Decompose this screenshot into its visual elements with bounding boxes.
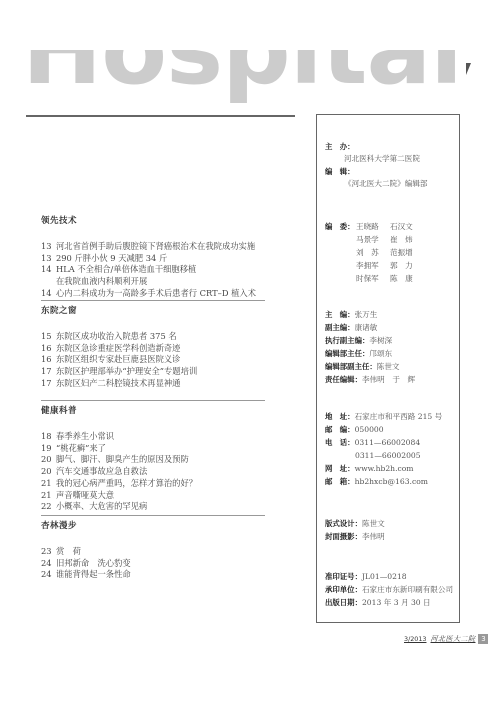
colophon-value: 河北医科大学第二医院 [344, 154, 420, 163]
editor-label: 编 辑： [325, 166, 355, 177]
toc-page-number: 15 [41, 331, 56, 343]
colophon-label: 地 址： [325, 412, 355, 421]
page-number: 3 [478, 634, 488, 644]
print-row: 承印单位：石家庄市东新印刷有限公司 [325, 584, 453, 595]
toc-entry[interactable]: 24谁能背得起一条性命 [41, 569, 271, 581]
toc-entry-title: 我的冠心病严重吗，怎样才算治的好？ [56, 478, 271, 490]
toc-section: 杏林漫步23赏 荷24旧邦新命 洗心豹变24谁能背得起一条性命 [41, 515, 271, 581]
board-member: 陈 康 [390, 273, 413, 284]
toc-entry-title: 东院区急诊重症医学科创造新奇迹 [56, 343, 271, 355]
toc-entry-title: “桃花癣”来了 [56, 443, 271, 455]
colophon-label: 网 址： [325, 464, 355, 473]
toc-entry-title: 东院区成功收治入院患者 375 名 [56, 331, 271, 343]
toc-entry-title: HLA 不全相合/单倍体造血干细胞移植 [56, 264, 271, 276]
toc-entry-title: 在我院血液内科顺利开展 [56, 276, 271, 288]
toc-page-number: 24 [41, 558, 56, 570]
colophon-value: 张万生 [355, 310, 378, 319]
toc-entry[interactable]: 20脚气、脚汗、脚臭产生的原因及预防 [41, 454, 271, 466]
masthead: Hospital [0, 0, 500, 122]
colophon-value: 050000 [355, 425, 384, 434]
colophon-label: 电 话： [325, 438, 355, 447]
board-member: 马景学 [356, 234, 379, 245]
toc-entry-title: 谁能背得起一条性命 [56, 569, 271, 581]
colophon-value: 0311—66002084 [355, 438, 421, 447]
toc-page-number [41, 276, 56, 288]
contact-row: 网 址：www.hb2h.com [325, 463, 414, 474]
staff-row: 责任编辑：李伟明 于 辉 [325, 374, 415, 385]
toc-page-number: 16 [41, 354, 56, 366]
toc-entry[interactable]: 20汽车交通事故应急自救法 [41, 466, 271, 478]
colophon-value: 李伟明 [362, 532, 385, 541]
toc-entry-title: 290 斤胖小伙 9 天减肥 34 斤 [56, 253, 271, 265]
colophon-label: 主 编： [325, 310, 355, 319]
toc-entry[interactable]: 13河北省首例手助后腹腔镜下肾癌根治术在我院成功实施 [41, 241, 271, 253]
colophon-value: 陈世文 [362, 519, 385, 528]
toc-entry[interactable]: 23赏 荷 [41, 546, 271, 558]
colophon-label: 邮 箱： [325, 477, 355, 486]
colophon-label: 准印证号： [325, 572, 362, 581]
contact-row: 地 址：石家庄市和平西路 215 号 [325, 411, 442, 422]
colophon-value: 《河北医大二院》编辑部 [344, 179, 428, 188]
toc-entry[interactable]: 21声音嘶哑莫大意 [41, 490, 271, 502]
colophon-value: 刘 苏 [356, 248, 379, 257]
colophon-value: 2013 年 3 月 30 日 [362, 598, 431, 607]
toc-items: 13河北省首例手助后腹腔镜下肾癌根治术在我院成功实施13290 斤胖小伙 9 天… [41, 241, 271, 300]
masthead-clip [0, 0, 500, 50]
toc-entry[interactable]: 15东院区成功收治入院患者 375 名 [41, 331, 271, 343]
section-divider [41, 400, 265, 401]
toc-page-number: 21 [41, 478, 56, 490]
toc-page-number: 17 [41, 366, 56, 378]
toc-items: 18春季养生小常识19“桃花癣”来了20脚气、脚汗、脚臭产生的原因及预防20汽车… [41, 431, 271, 513]
board-member: 范振增 [390, 247, 413, 258]
toc-page-number: 14 [41, 264, 56, 276]
colophon-value: 石家庄市和平西路 215 号 [355, 412, 443, 421]
colophon-label: 版式设计： [325, 519, 362, 528]
toc-page-number: 19 [41, 443, 56, 455]
section-divider [41, 515, 265, 516]
colophon-value: 范振增 [390, 248, 413, 257]
print-row: 准印证号：JL01—0218 [325, 571, 407, 582]
toc-entry-title: 旧邦新命 洗心豹变 [56, 558, 271, 570]
toc-entry-title: 心内二科成功为一高龄多手术后患者行 CRT–D 植入术 [56, 288, 271, 300]
print-row: 出版日期：2013 年 3 月 30 日 [325, 597, 431, 608]
contact-row: 邮 箱：hb2hxcb@163.com [325, 476, 428, 487]
board-member: 刘 苏 [356, 247, 379, 258]
masthead-accent-icon [466, 63, 471, 75]
colophon-value: hb2hxcb@163.com [355, 477, 428, 486]
colophon-value: JL01—0218 [362, 572, 407, 581]
colophon-label: 承印单位： [325, 585, 362, 594]
toc-page-number: 16 [41, 343, 56, 355]
folio-title: 河北医大二院 [430, 634, 475, 644]
toc-page-number: 22 [41, 501, 56, 513]
colophon-label: 编辑部副主任： [325, 362, 377, 371]
staff-row: 编辑部主任：邝颂东 [325, 348, 392, 359]
section-title: 东院之窗 [41, 305, 271, 317]
toc-entry[interactable]: 19“桃花癣”来了 [41, 443, 271, 455]
colophon-label: 副主编： [325, 323, 355, 332]
section-title: 健康科普 [41, 405, 271, 417]
colophon-label: 主 办： [325, 142, 355, 151]
toc-page-number: 23 [41, 546, 56, 558]
toc-section: 领先技术13河北省首例手助后腹腔镜下肾癌根治术在我院成功实施13290 斤胖小伙… [41, 215, 271, 300]
section-divider [41, 300, 265, 301]
toc-entry-title: 汽车交通事故应急自救法 [56, 466, 271, 478]
toc-entry[interactable]: 17东院区护理部举办“护理安全”专题培训 [41, 366, 271, 378]
toc-entry-title: 脚气、脚汗、脚臭产生的原因及预防 [56, 454, 271, 466]
board-member: 李拥军 [356, 260, 379, 271]
toc-page-number: 17 [41, 378, 56, 390]
toc-entry[interactable]: 14HLA 不全相合/单倍体造血干细胞移植 [41, 264, 271, 276]
colophon-value: 邝颂东 [369, 349, 392, 358]
toc-section: 东院之窗15东院区成功收治入院患者 375 名16东院区急诊重症医学科创造新奇迹… [41, 300, 271, 390]
toc-section: 健康科普18春季养生小常识19“桃花癣”来了20脚气、脚汗、脚臭产生的原因及预防… [41, 400, 271, 513]
toc-entry-title: 东院区妇产二科腔镜技术再显神通 [56, 378, 271, 390]
design-row: 封面摄影：李伟明 [325, 531, 385, 542]
toc-entry[interactable]: 16东院区急诊重症医学科创造新奇迹 [41, 343, 271, 355]
staff-row: 主 编：张万生 [325, 309, 377, 320]
folio: 3/2013 河北医大二院 3 [404, 633, 488, 644]
toc-entry[interactable]: 14心内二科成功为一高龄多手术后患者行 CRT–D 植入术 [41, 288, 271, 300]
toc-entry[interactable]: 18春季养生小常识 [41, 431, 271, 443]
colophon-value: 郭 力 [390, 261, 413, 270]
toc-page-number: 24 [41, 569, 56, 581]
toc-page-number: 13 [41, 241, 56, 253]
colophon-value: www.hb2h.com [355, 464, 414, 473]
board-member: 郭 力 [390, 260, 413, 271]
toc-entry-title: 春季养生小常识 [56, 431, 271, 443]
colophon-label: 封面摄影： [325, 532, 362, 541]
contact-row: 0311—66002005 [355, 450, 421, 461]
section-title: 杏林漫步 [41, 520, 271, 532]
contact-row: 邮 编：050000 [325, 424, 384, 435]
colophon-value: 李树深 [369, 336, 392, 345]
sponsor-label: 主 办： [325, 141, 355, 152]
toc-page-number: 18 [41, 431, 56, 443]
contact-row: 电 话：0311—66002084 [325, 437, 420, 448]
colophon-value: 康诸敏 [355, 323, 378, 332]
top-rule [26, 115, 295, 117]
colophon-label: 责任编辑： [325, 375, 362, 384]
toc-items: 23赏 荷24旧邦新命 洗心豹变24谁能背得起一条性命 [41, 546, 271, 581]
toc-items: 15东院区成功收治入院患者 375 名16东院区急诊重症医学科创造新奇迹16东院… [41, 331, 271, 390]
colophon-value: 0311—66002005 [355, 451, 421, 460]
colophon-value: 石汉文 [390, 222, 413, 231]
toc-entry[interactable]: 24旧邦新命 洗心豹变 [41, 558, 271, 570]
colophon-value: 李伟明 于 辉 [362, 375, 415, 384]
board-label: 编 委： [325, 221, 355, 232]
colophon-value: 崔 炜 [390, 235, 413, 244]
colophon-value: 王晓路 [356, 222, 379, 231]
toc-entry-title: 小概率、大危害的罕见病 [56, 501, 271, 513]
toc-page-number: 20 [41, 466, 56, 478]
folio-issue: 3/2013 [404, 635, 426, 643]
colophon-value: 陈世文 [377, 362, 400, 371]
toc-entry[interactable]: 22小概率、大危害的罕见病 [41, 501, 271, 513]
board-member: 时保军 [356, 273, 379, 284]
colophon-label: 编 辑： [325, 167, 355, 176]
board-member: 王晓路 [356, 221, 379, 232]
editor-value: 《河北医大二院》编辑部 [344, 178, 428, 189]
design-row: 版式设计：陈世文 [325, 518, 385, 529]
toc-entry[interactable]: 16东院区组织专家赴巨鹿县医院义诊 [41, 354, 271, 366]
toc-entry-title: 河北省首例手助后腹腔镜下肾癌根治术在我院成功实施 [56, 241, 271, 253]
toc-entry-title: 东院区护理部举办“护理安全”专题培训 [56, 366, 271, 378]
toc-entry-title: 声音嘶哑莫大意 [56, 490, 271, 502]
sponsor-value: 河北医科大学第二医院 [344, 153, 420, 164]
board-member: 崔 炜 [390, 234, 413, 245]
staff-row: 副主编：康诸敏 [325, 322, 377, 333]
colophon-value: 李拥军 [356, 261, 379, 270]
colophon-label: 执行副主编： [325, 336, 369, 345]
colophon-label: 出版日期： [325, 598, 362, 607]
toc-page-number: 14 [41, 288, 56, 300]
toc-page-number: 20 [41, 454, 56, 466]
colophon-label: 邮 编： [325, 425, 355, 434]
colophon-value: 石家庄市东新印刷有限公司 [362, 585, 453, 594]
colophon-label: 编辑部主任： [325, 349, 369, 358]
staff-row: 执行副主编：李树深 [325, 335, 392, 346]
colophon-value: 陈 康 [390, 274, 413, 283]
colophon-value: 时保军 [356, 274, 379, 283]
toc-page-number: 21 [41, 490, 56, 502]
toc-entry-title: 赏 荷 [56, 546, 271, 558]
section-title: 领先技术 [41, 215, 271, 227]
colophon-value: 马景学 [356, 235, 379, 244]
toc-entry[interactable]: 17东院区妇产二科腔镜技术再显神通 [41, 378, 271, 390]
toc-entry-title: 东院区组织专家赴巨鹿县医院义诊 [56, 354, 271, 366]
toc-entry[interactable]: 13290 斤胖小伙 9 天减肥 34 斤 [41, 253, 271, 265]
board-member: 石汉文 [390, 221, 413, 232]
toc-entry[interactable]: 在我院血液内科顺利开展 [41, 276, 271, 288]
colophon-label: 编 委： [325, 222, 355, 231]
staff-row: 编辑部副主任：陈世文 [325, 361, 400, 372]
toc-page-number: 13 [41, 253, 56, 265]
toc-entry[interactable]: 21我的冠心病严重吗，怎样才算治的好？ [41, 478, 271, 490]
